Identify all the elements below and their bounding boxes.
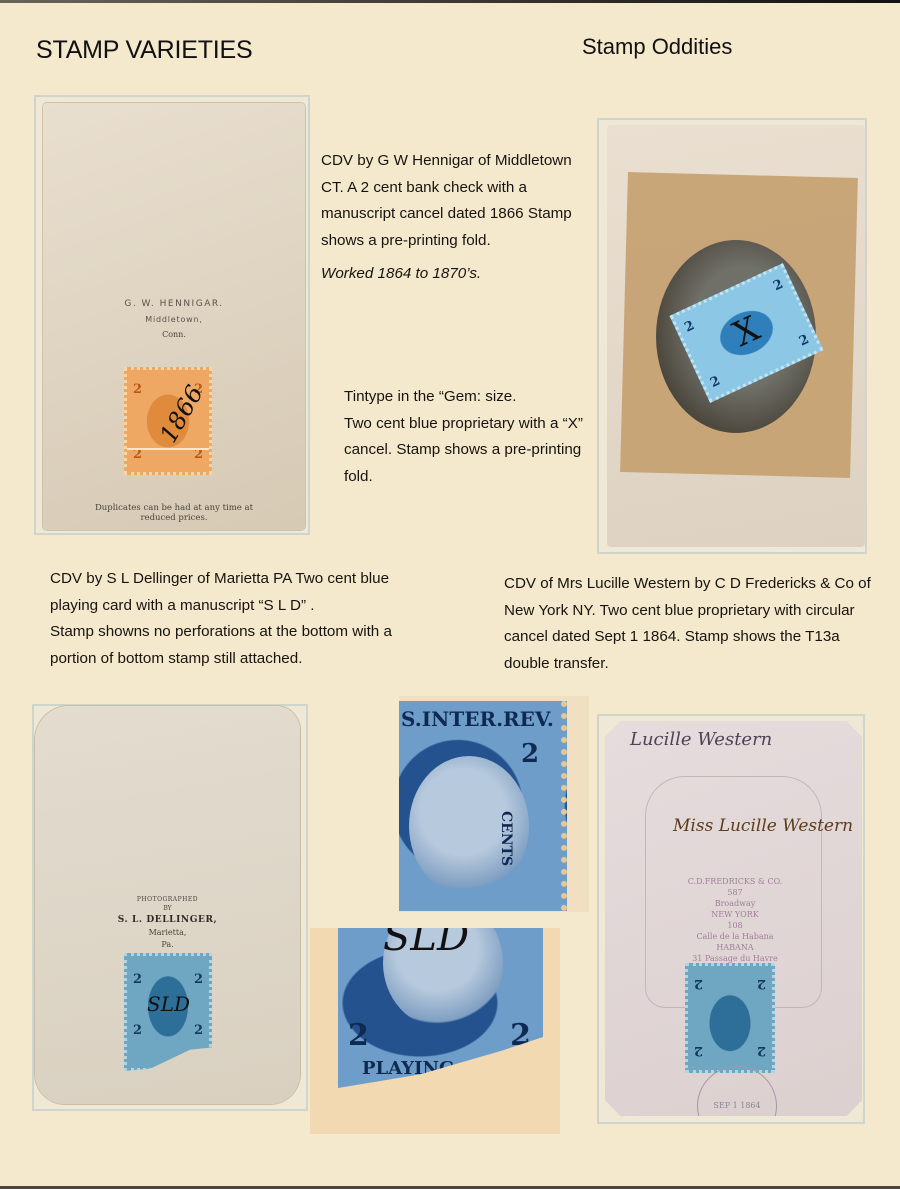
card-imprint-by: BY bbox=[35, 905, 300, 912]
stamp-denomination: 2 bbox=[694, 1043, 703, 1058]
caption-text: Stamp showns no perforations at the bott… bbox=[50, 619, 410, 672]
stamp-denomination: 2 bbox=[694, 976, 703, 991]
card-imprint-city: Marietta, bbox=[35, 928, 300, 937]
stamp-denomination: 2 bbox=[510, 1018, 531, 1053]
section-title-stamp-oddities: Stamp Oddities bbox=[582, 34, 732, 60]
caption-italic-note: Worked 1864 to 1870’s. bbox=[321, 261, 583, 288]
x-cancel: X bbox=[727, 309, 766, 355]
card-imprint-photographed: PHOTOGRAPHED bbox=[35, 896, 300, 903]
stamp-denomination: 2 bbox=[682, 318, 697, 335]
imprint-line: Calle de la Habana bbox=[680, 931, 790, 942]
stamp-bank-check-orange: 2 2 2 2 1866 bbox=[124, 367, 212, 475]
stamp-denomination: 2 bbox=[757, 976, 766, 991]
manuscript-name-signature: Miss Lucille Western bbox=[673, 816, 853, 836]
enlarged-side-text: CENTS bbox=[498, 811, 514, 866]
imprint-line: NEW YORK bbox=[680, 909, 790, 920]
imprint-line: 108 bbox=[680, 920, 790, 931]
imprint-line: Broadway bbox=[680, 898, 790, 909]
stamp-denomination: 2 bbox=[133, 382, 142, 397]
card-imprint-city: Middletown, bbox=[43, 315, 305, 324]
manuscript-cancel: 1866 bbox=[154, 381, 209, 448]
caption-western: CDV of Mrs Lucille Western by C D Freder… bbox=[504, 571, 884, 677]
caption-text: Two cent blue proprietary with a “X” can… bbox=[344, 411, 594, 491]
manuscript-cancel: SLD bbox=[147, 992, 190, 1016]
enlarged-stamp-portrait: S.INTER.REV. 2 CENTS bbox=[399, 701, 567, 911]
card-imprint-name: S. L. DELLINGER, bbox=[35, 915, 300, 925]
stamp-playing-card-blue: 2 2 2 2 SLD bbox=[124, 953, 212, 1071]
card-footer-text: Duplicates can be had at any time at red… bbox=[43, 503, 305, 523]
pre-printing-fold bbox=[127, 448, 209, 450]
card-tintype: 2 2 2 2 X bbox=[607, 125, 865, 547]
enlarged-top-text: S.INTER.REV. bbox=[401, 707, 554, 731]
stamp-denomination: 2 bbox=[194, 972, 203, 987]
caption-hennigar: CDV by G W Hennigar of Middletown CT. A … bbox=[321, 148, 583, 288]
caption-text: CDV by S L Dellinger of Marietta PA Two … bbox=[50, 566, 410, 619]
manuscript-name-top: Lucille Western bbox=[630, 729, 772, 750]
card-dellinger-cdv: PHOTOGRAPHED BY S. L. DELLINGER, Mariett… bbox=[35, 706, 300, 1104]
card-imprint-name: G. W. HENNIGAR. bbox=[43, 299, 305, 309]
stamp-denomination: 2 bbox=[708, 374, 723, 391]
imprint-line: C.D.FREDRICKS & CO. bbox=[680, 876, 790, 887]
circular-postmark: SEP 1 1864 bbox=[697, 1066, 777, 1146]
enlargement-stamp-bottom: SLD 2 2 PLAYING CA bbox=[310, 928, 560, 1134]
card-western-cdv: Lucille Western Miss Lucille Western C.D… bbox=[605, 721, 862, 1116]
caption-tintype: Tintype in the “Gem: size. Two cent blue… bbox=[344, 384, 594, 490]
caption-text: CDV of Mrs Lucille Western by C D Freder… bbox=[504, 571, 884, 677]
stamp-denomination: 2 bbox=[194, 1023, 203, 1038]
enlarged-bottom-text: PLAYING CA bbox=[362, 1058, 489, 1079]
page-edge-top bbox=[0, 0, 900, 3]
stamp-denomination: 2 bbox=[133, 972, 142, 987]
stamp-denomination: 2 bbox=[757, 1043, 766, 1058]
caption-text: Tintype in the “Gem: size. bbox=[344, 384, 594, 411]
stamp-denomination: 2 bbox=[797, 332, 812, 349]
enlargement-stamp-top: S.INTER.REV. 2 CENTS bbox=[399, 696, 589, 912]
photographer-imprint: C.D.FREDRICKS & CO. 587 Broadway NEW YOR… bbox=[680, 876, 790, 975]
caption-text: CDV by G W Hennigar of Middletown CT. A … bbox=[321, 148, 583, 254]
stamp-denomination: 2 bbox=[521, 739, 539, 769]
stamp-denomination: 2 bbox=[133, 1023, 142, 1038]
stamp-denomination: 2 bbox=[771, 277, 786, 294]
card-imprint-state: Conn. bbox=[43, 330, 305, 339]
card-hennigar-cdv: G. W. HENNIGAR. Middletown, Conn. 2 2 2 … bbox=[43, 103, 305, 530]
caption-dellinger: CDV by S L Dellinger of Marietta PA Two … bbox=[50, 566, 410, 672]
imprint-line: HABANA bbox=[680, 942, 790, 953]
stamp-denomination: 2 bbox=[348, 1018, 369, 1053]
section-title-stamp-varieties: STAMP VARIETIES bbox=[36, 36, 253, 65]
stamp-proprietary-inverted: 2 2 2 2 bbox=[685, 963, 775, 1073]
manuscript-cancel: SLD bbox=[383, 928, 469, 960]
imprint-line: 587 bbox=[680, 887, 790, 898]
enlarged-stamp-bottom: SLD 2 2 PLAYING CA bbox=[338, 928, 543, 1088]
card-imprint-state: Pa. bbox=[35, 940, 300, 949]
